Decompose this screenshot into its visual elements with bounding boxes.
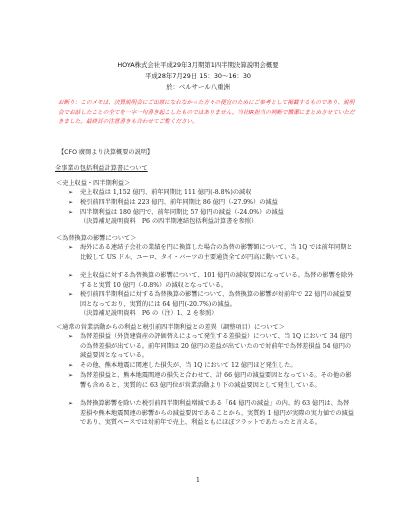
disclaimer-notice: お断り：このメモは、決算説明会にご出席になれなかった方々の便宜のためにご参考とし…	[58, 99, 358, 128]
arrow-bullet-icon: ➢	[68, 372, 73, 379]
bullet-text: その他、熊本地震に関連した損失が、当 1Q において 12 億円ほど発生した。	[80, 361, 354, 371]
bullet-text: 売上収益に対する為替換算の影響について、101 億円の減収要因になっている。為替…	[80, 271, 354, 290]
reference-note: （決算補足説明資料 P6 の（注）1、2 を参照）	[80, 309, 217, 319]
document-venue: 於：ベルサール八重洲	[0, 82, 396, 91]
subsection-title: 全事業の包括利益計算書について	[55, 164, 148, 174]
document-datetime: 平成28年7月29日 15：30〜16：30	[0, 71, 396, 80]
bullet-text: 売上収益は 1,152 億円、前年同期比 111 億円(-8.8%)の減収	[80, 188, 251, 198]
document-page: HOYA株式会社平成29年3月期第1四半期決算説明会概要 平成28年7月29日 …	[0, 0, 396, 512]
arrow-bullet-icon: ➢	[68, 362, 73, 369]
arrow-bullet-icon: ➢	[68, 199, 73, 206]
arrow-bullet-icon: ➢	[68, 291, 73, 298]
arrow-bullet-icon: ➢	[68, 272, 73, 279]
bullet-text: 税引前四半期利益は 223 億円、前年同期比 86 億円（-27.9%）の減益	[80, 198, 278, 208]
arrow-bullet-icon: ➢	[68, 189, 73, 196]
bullet-text: 海外にある連結子会社の業績を円に換算した場合の為替の影響額について、当 1Q で…	[80, 243, 354, 262]
section-title: 【CFO 廣岡より決算概要の説明】	[58, 148, 153, 158]
bullet-text: 税引前四半期利益に対する為替換算の影響について、為替換算の影響が対前年で 22 …	[80, 290, 354, 309]
arrow-bullet-icon: ➢	[68, 400, 73, 407]
bullet-text: 為替差損益と、熊本地震関連の損失と合わせて、計 66 億円の減益要因となっている…	[80, 371, 354, 390]
arrow-bullet-icon: ➢	[68, 333, 73, 340]
document-title: HOYA株式会社平成29年3月期第1四半期決算説明会概要	[0, 60, 396, 69]
bullet-text: 為替差損益（外貨建資産の評価替えによって発生する差損益）について、当 1Q にお…	[80, 332, 354, 361]
arrow-bullet-icon: ➢	[68, 209, 73, 216]
page-number: 1	[0, 476, 396, 484]
bullet-text: 為替換算影響を除いた税引前四半期利益増減である「64 億円の減益」の内、約 63…	[80, 399, 354, 428]
reference-note: （決算補足説明資料 P6 の四半期連結包括利益計算書を参照）	[80, 217, 257, 227]
arrow-bullet-icon: ➢	[68, 244, 73, 251]
